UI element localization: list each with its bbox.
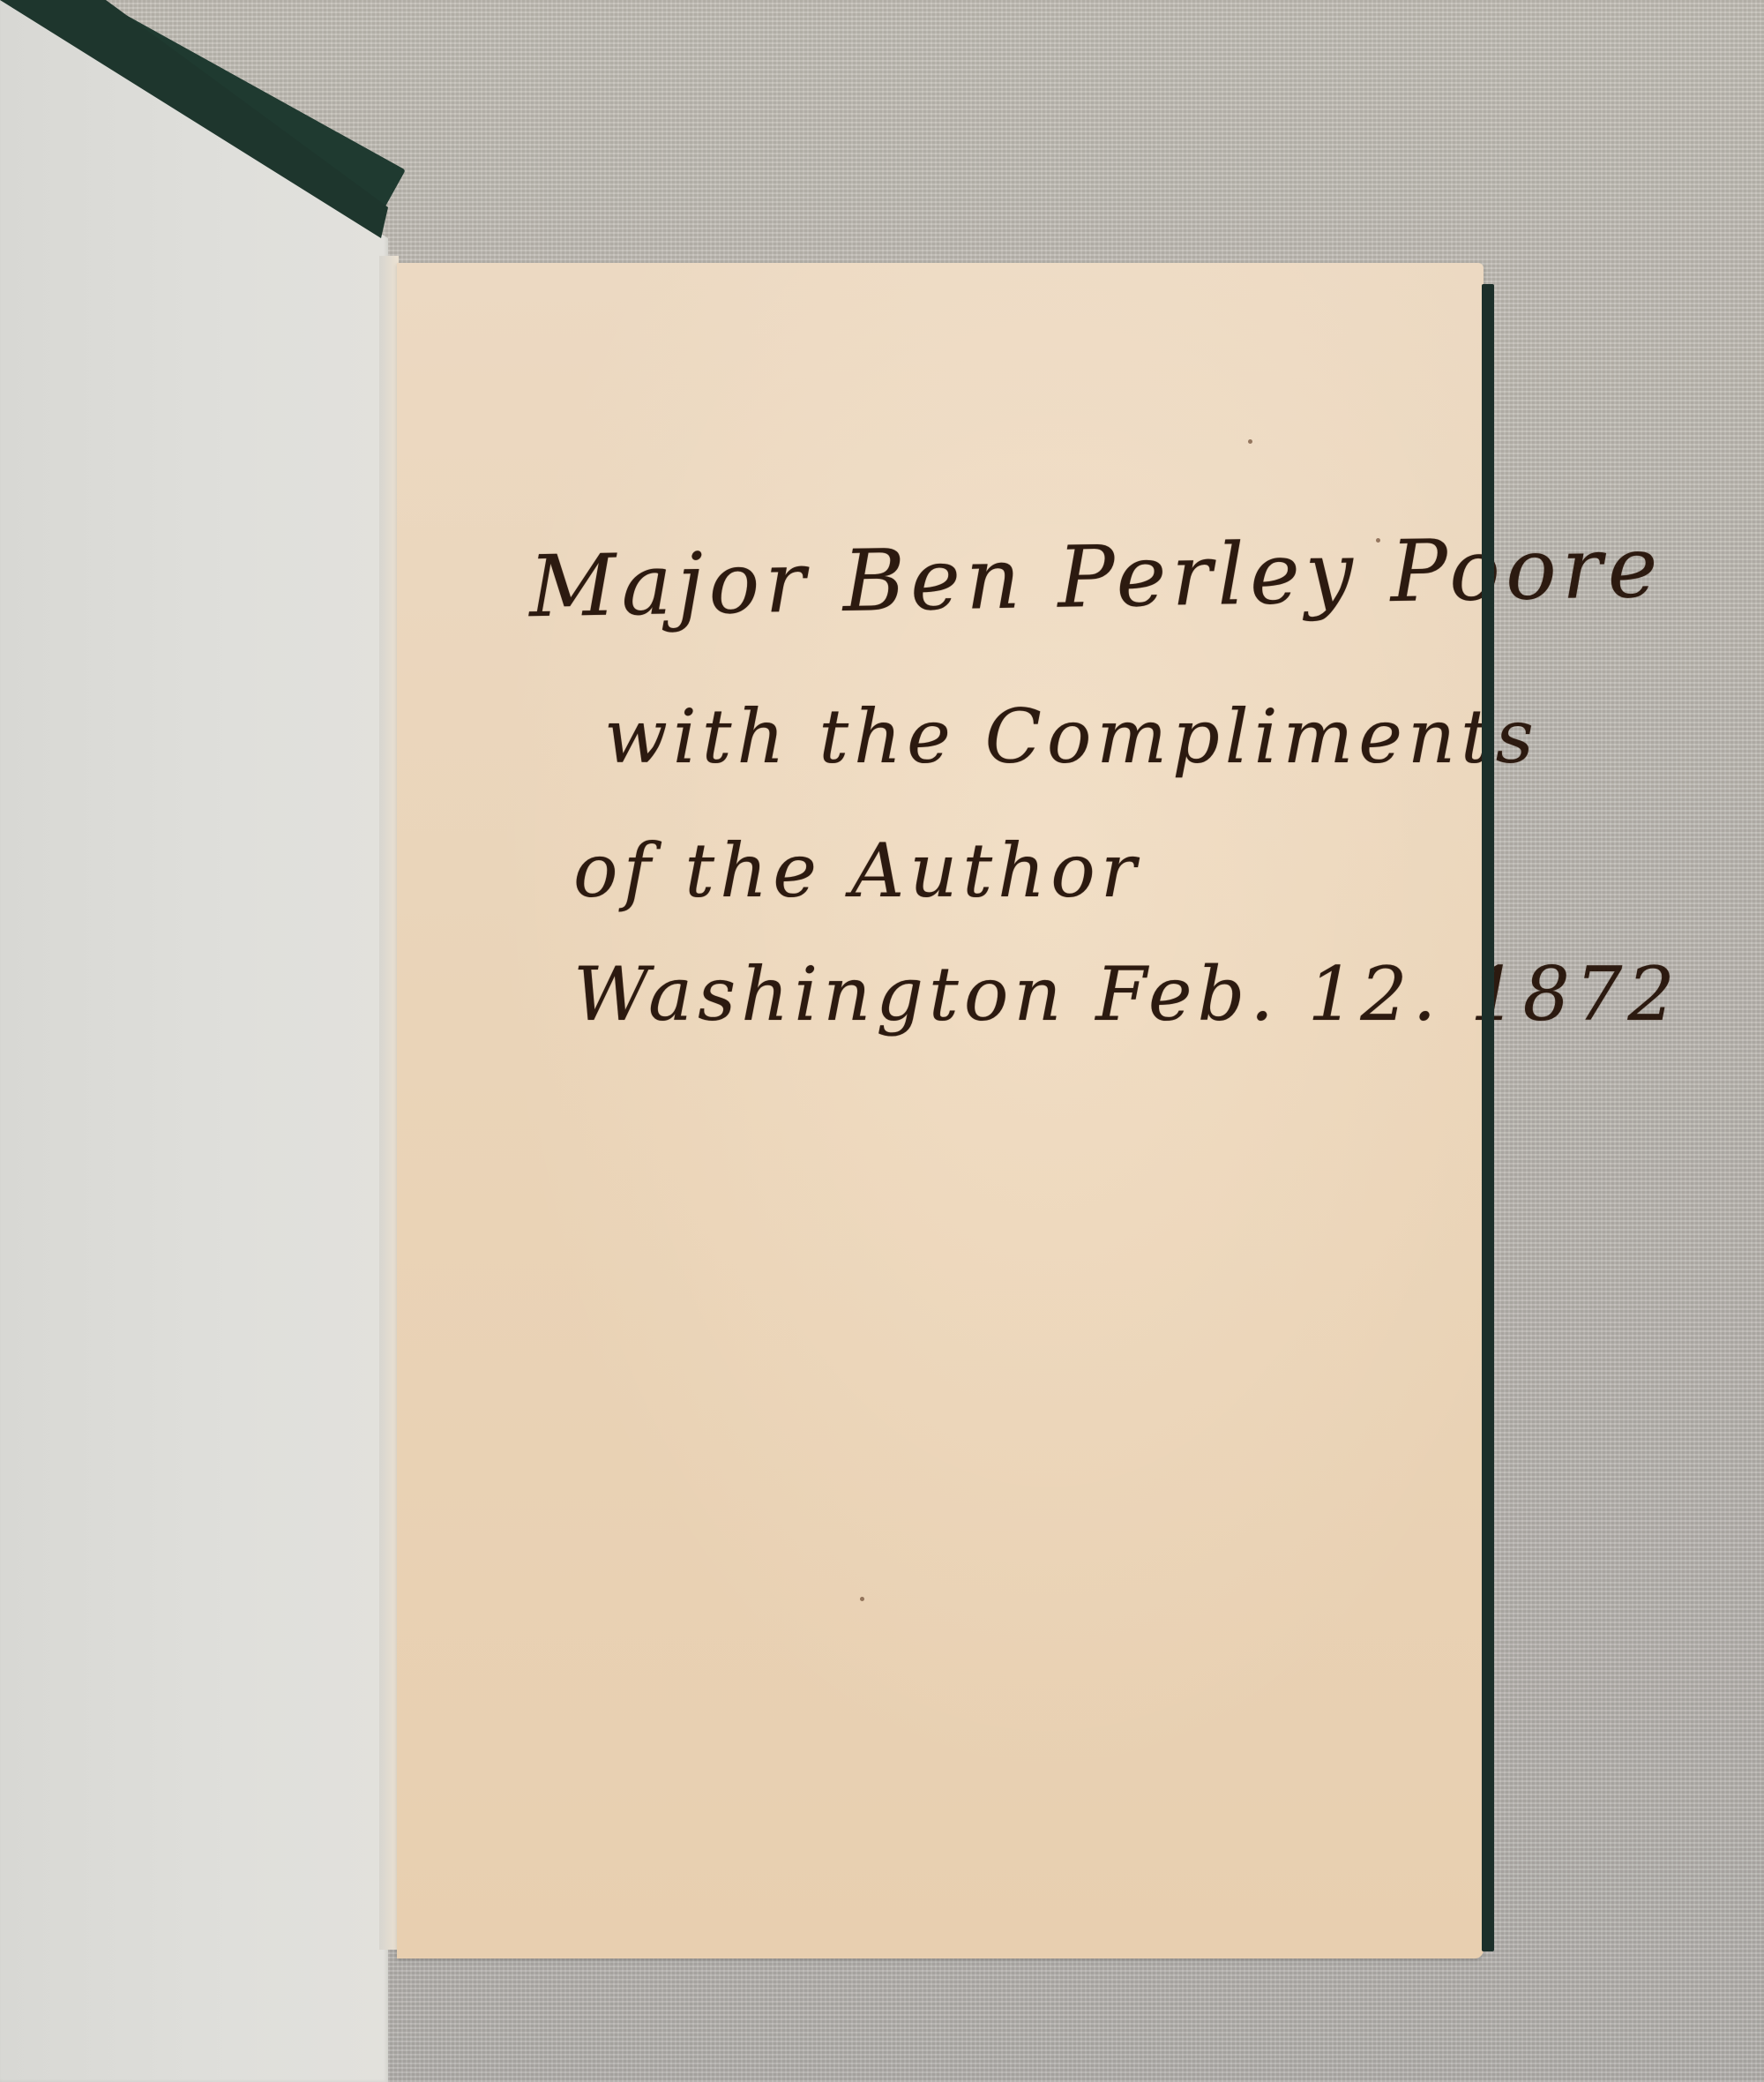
book-cover-edge-right — [1482, 284, 1494, 1951]
handwritten-inscription: Major Ben Perley Poore with the Complime… — [397, 263, 1484, 1958]
foxing-spot — [1376, 538, 1380, 543]
foxing-spot — [860, 1597, 864, 1601]
book-gutter — [379, 256, 399, 1950]
left-endpaper — [0, 0, 388, 2082]
inscription-line-compliments: with the Compliments — [604, 693, 1539, 780]
inscription-line-place-date: Washington Feb. 12. 1872 — [573, 951, 1680, 1037]
inscription-line-author: of the Author — [573, 828, 1141, 914]
foxing-spot — [1248, 439, 1252, 444]
inscribed-page: Major Ben Perley Poore with the Complime… — [397, 263, 1484, 1958]
